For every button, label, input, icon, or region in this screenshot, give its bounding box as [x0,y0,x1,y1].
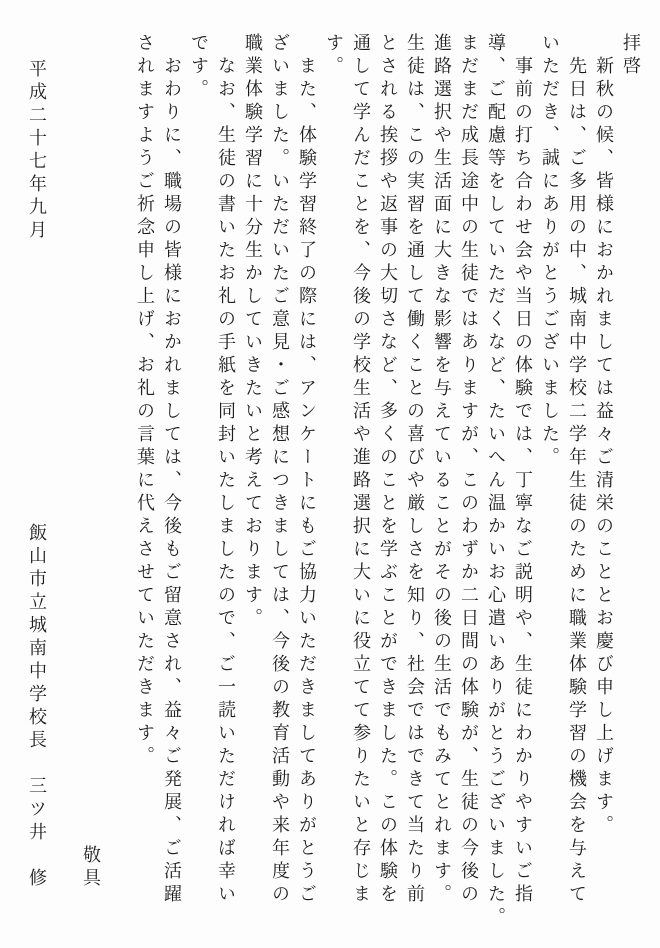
letter-column: 導、ご配慮等をしていただくなど、たいへん温かいお心遣いありがとうございました。 [482,33,509,913]
letter-column: 通して学んだことを、今後の学校生活や進路選択に大いに役立てて参りたいと存じま [347,33,374,913]
letter-column: とされる挨拶や返事の大切さなど、多くのことを学ぶことができました。この体験を [374,33,401,913]
closing-word-column: 敬具 [50,33,131,913]
letter-column: されますようご祈念申し上げ、お礼の言葉に代えさせていただきます。 [131,33,158,913]
letter-column: 職業体験学習に十分生かしていきたいと考えております。 [239,33,266,913]
letter-column: まだまだ成長途中の生徒ではありますが、このわずか二日間の体験が、生徒の今後の [455,33,482,913]
closing-word: 敬具 [81,845,101,891]
letter-column: いただき、誠にありがとうございました。 [536,33,563,913]
letter-column: 先日は、ご多用の中、城南中学校二学年生徒のために職業体験学習の機会を与えて [563,33,590,913]
letter-column: 新秋の候、皆様におかれましては益々ご清栄のこととお慶び申し上げます。 [590,33,617,913]
letter-column: 進路選択や生活面に大きな影響を与えていることがその後の生活でもみてとれます。 [428,33,455,913]
letter-column: です。 [185,33,212,913]
sender-principal: 飯山市立城南中学校長 三ツ井 修 [23,523,50,891]
letter-body: 拝啓 新秋の候、皆様におかれましては益々ご清栄のこととお慶び申し上げます。 先日… [0,33,644,913]
letter-column: ざいました。いただいたご意見・ご感想につきましては、今後の教育活動や来年度の [266,33,293,913]
letter-column: す。 [320,33,347,913]
letter-column: 拝啓 [617,33,644,913]
letter-page: 拝啓 新秋の候、皆様におかれましては益々ご清栄のこととお慶び申し上げます。 先日… [0,0,660,948]
letter-column: 事前の打ち合わせ会や当日の体験では、丁寧なご説明や、生徒にわかりやすいご指 [509,33,536,913]
letter-column: なお、生徒の書いたお礼の手紙を同封いたしましたので、ご一読いただければ幸い [212,33,239,913]
letter-column: また、体験学習終了の際には、アンケートにもご協力いただきましてありがとうご [293,33,320,913]
date-sender-column: 平成二十七年九月 飯山市立城南中学校長 三ツ井 修 [23,33,50,913]
letter-column: 生徒は、この実習を通して働くことの喜びや厳しさを知り、社会ではできて当たり前 [401,33,428,913]
letter-column: おわりに、職場の皆様におかれましては、今後もご留意され、益々ご発展、ご活躍 [158,33,185,913]
letter-date: 平成二十七年九月 [23,59,50,243]
